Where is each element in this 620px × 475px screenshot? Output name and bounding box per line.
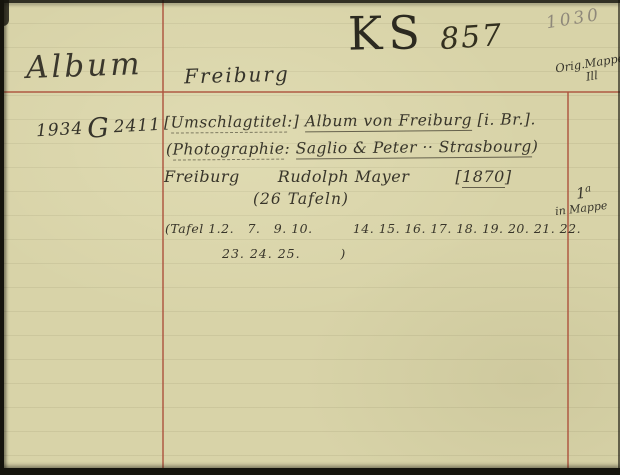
orig-mappe-note: Orig.Mappe Ill — [554, 52, 620, 89]
accession-number: 1934G2411 — [35, 110, 162, 148]
entry-line-imprint: FreiburgRudolph Mayer[1870] — [164, 167, 512, 186]
heading-subject: Album — [25, 46, 143, 86]
scan-corner-top-left — [0, 0, 9, 26]
accession-letter: G — [86, 112, 110, 144]
cover-title-label: Umschlagtitel — [170, 113, 287, 134]
catalog-card: Album Freiburg KS 857 1030 Orig.Mappe Il… — [0, 0, 620, 475]
imprint-year: 1870 — [462, 167, 505, 188]
entry-line-extent: (26 Tafeln) — [253, 190, 349, 208]
scan-edge-left — [0, 0, 4, 475]
photographer-colon: : — [284, 140, 290, 158]
imprint-place: Freiburg — [164, 167, 240, 186]
cover-title-bracket-open: [ — [164, 114, 171, 132]
cover-title-bracket-close: :] — [287, 112, 299, 130]
entry-title-suffix: [i. Br.]. — [477, 110, 536, 129]
photographer-paren-open: ( — [166, 141, 173, 159]
shelfmark-number: 857 — [439, 18, 505, 57]
photographer-label: Photographie — [172, 140, 284, 161]
heading-place: Freiburg — [184, 62, 290, 89]
entry-title: Album von Freiburg — [305, 111, 472, 132]
vertical-red-rule-left — [162, 0, 164, 475]
photographer-paren-close: ) — [532, 137, 539, 155]
imprint-publisher: Rudolph Mayer — [278, 167, 410, 186]
scan-edge-bottom — [0, 468, 620, 475]
margin-copy-superscript: a — [585, 183, 592, 195]
vertical-red-rule-right — [567, 92, 569, 475]
photographer-value: Saglio & Peter ·· Strasbourg — [296, 137, 532, 159]
shelfmark-prefix: KS — [348, 5, 427, 60]
margin-location-note: in Mappe — [554, 199, 608, 218]
scan-edge-top — [0, 0, 620, 3]
entry-line-plates-1: (Tafel 1.2. 7. 9. 10. 14. 15. 16. 17. 18… — [165, 221, 581, 236]
pencil-annotation: 1030 — [545, 5, 603, 33]
imprint-year-bracket-close: ] — [505, 167, 512, 186]
orig-mappe-note-line2: Ill — [585, 68, 599, 84]
entry-line-plates-2: 23. 24. 25. ) — [222, 246, 346, 261]
entry-line-photographer: (Photographie: Saglio & Peter ·· Strasbo… — [166, 137, 538, 158]
accession-serial: 2411 — [113, 115, 161, 137]
entry-line-cover-title: [Umschlagtitel:] Album von Freiburg [i. … — [164, 110, 536, 131]
accession-year: 1934 — [36, 119, 84, 141]
horizontal-red-rule — [0, 91, 620, 93]
